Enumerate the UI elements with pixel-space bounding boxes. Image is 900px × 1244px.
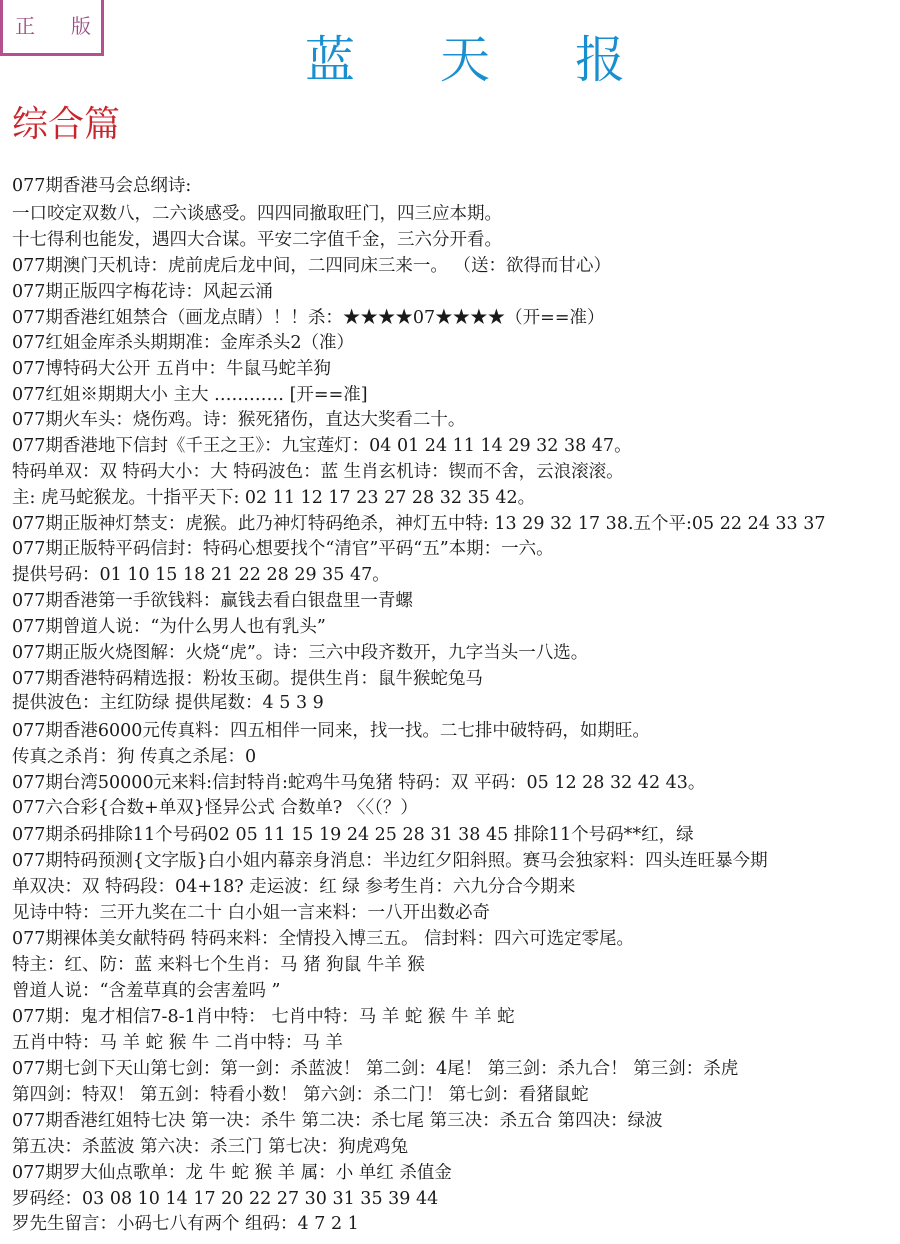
text-line: 077期台湾50000元来料:信封特肖:蛇鸡牛马兔猪 特码：双 平码：05 12… xyxy=(12,772,705,794)
text-line: 第四剑：特双！ 第五剑：特看小数！ 第六剑：杀二门！ 第七剑：看猪鼠蛇 xyxy=(12,1084,589,1106)
text-line: 077期杀码排除11个号码02 05 11 15 19 24 25 28 31 … xyxy=(12,824,694,846)
text-line: 特主：红、防：蓝 来料七个生肖：马 猪 狗鼠 牛羊 猴 xyxy=(12,954,425,976)
text-line: 077期裸体美女献特码 特码来料：全情投入博三五。 信封料：四六可选定零尾。 xyxy=(12,928,634,950)
text-line: 077期罗大仙点歌单：龙 牛 蛇 猴 羊 属：小 单红 杀值金 xyxy=(12,1162,452,1184)
text-line: 077期香港马会总纲诗: xyxy=(12,175,191,197)
text-line: 077期香港地下信封《千王之王》：九宝莲灯：04 01 24 11 14 29 … xyxy=(12,435,632,457)
badge-char-right: 版 xyxy=(71,10,91,39)
title-char-1: 蓝 xyxy=(300,20,360,92)
text-line: 077期澳门天机诗：虎前虎后龙中间，二四同床三来一。 （送：欲得而甘心） xyxy=(12,255,611,277)
text-line: 见诗中特：三开九奖在二十 白小姐一言来料：一八开出数必奇 xyxy=(12,902,490,924)
text-line: 077红姐※期期大小 主大 ………… [开==准] xyxy=(12,384,368,406)
text-line: 罗码经：03 08 10 14 17 20 22 27 30 31 35 39 … xyxy=(12,1188,438,1210)
text-line: 十七得利也能发，遇四大合谋。平安二字值千金，三六分开看。 xyxy=(12,229,502,251)
text-line: 077期香港红姐禁合（画龙点睛）！！杀：★★★★07★★★★（开==准） xyxy=(12,307,605,329)
text-line: 077期正版四字梅花诗：风起云涌 xyxy=(12,281,273,303)
text-line: 曾道人说：“含羞草真的会害羞吗 ” xyxy=(12,980,280,1002)
text-line: 主: 虎马蛇猴龙。十指平天下: 02 11 12 17 23 27 28 32 … xyxy=(12,487,535,509)
text-line: 077期特码预测{文字版}白小姐内幕亲身消息：半边红夕阳斜照。赛马会独家料：四头… xyxy=(12,850,768,872)
text-line: 一口咬定双数八，二六谈感受。四四同撤取旺门，四三应本期。 xyxy=(12,203,502,225)
text-line: 单双决：双 特码段：04+18? 走运波：红 绿 参考生肖：六九分合今期来 xyxy=(12,876,575,898)
text-line: 077期正版火烧图解：火烧“虎”。诗：三六中段齐数开，九字当头一八选。 xyxy=(12,642,588,664)
title-char-2: 天 xyxy=(435,20,495,92)
text-line: 五肖中特：马 羊 蛇 猴 牛 二肖中特：马 羊 xyxy=(12,1032,343,1054)
text-line: 077期正版神灯禁支：虎猴。此乃神灯特码绝杀，神灯五中特: 13 29 32 1… xyxy=(12,513,826,535)
text-line: 077博特码大公开 五肖中：牛鼠马蛇羊狗 xyxy=(12,358,331,380)
text-line: 077期正版特平码信封：特码心想要找个“清官”平码“五”本期：一六。 xyxy=(12,538,554,560)
text-line: 077期香港特码精选报：粉妆玉砌。提供生肖：鼠牛猴蛇兔马 xyxy=(12,668,483,690)
page-title: 蓝 天 报 xyxy=(300,26,630,86)
text-line: 077期香港红姐特七决 第一决：杀牛 第二决：杀七尾 第三决：杀五合 第四决：绿… xyxy=(12,1110,663,1132)
text-line: 提供号码：01 10 15 18 21 22 28 29 35 47。 xyxy=(12,564,390,586)
title-char-3: 报 xyxy=(570,20,630,92)
text-line: 077红姐金库杀头期期准：金库杀头2（准） xyxy=(12,332,354,354)
text-line: 077期火车头：烧伤鸡。诗：猴死猪伤，直达大奖看二十。 xyxy=(12,409,465,431)
text-line: 077六合彩{合数+单双}怪异公式 合数单? 〈〈（？） xyxy=(12,797,418,819)
text-line: 077期香港第一手欲钱料：赢钱去看白银盘里一青螺 xyxy=(12,590,413,612)
text-line: 077期七剑下天山第七剑：第一剑：杀蓝波！ 第二剑：4尾！ 第三剑：杀九合！ 第… xyxy=(12,1058,738,1080)
text-line: 077期香港6000元传真料：四五相伴一同来，找一找。二七排中破特码，如期旺。 xyxy=(12,720,650,742)
text-line: 提供波色：主红防绿 提供尾数：4 5 3 9 xyxy=(12,692,324,714)
text-line: 传真之杀肖：狗 传真之杀尾：0 xyxy=(12,746,256,768)
text-line: 077期曾道人说：“为什么男人也有乳头” xyxy=(12,616,326,638)
badge-char-left: 正 xyxy=(15,10,35,39)
text-line: 罗先生留言：小码七八有两个 组码：4 7 2 1 xyxy=(12,1213,359,1235)
section-title: 综合篇 xyxy=(12,96,120,147)
text-line: 第五决：杀蓝波 第六决：杀三门 第七决：狗虎鸡兔 xyxy=(12,1136,408,1158)
text-line: 特码单双：双 特码大小：大 特码波色：蓝 生肖玄机诗：锲而不舍，云浪滚滚。 xyxy=(12,461,624,483)
text-line: 077期：鬼才相信7-8-1肖中特： 七肖中特：马 羊 蛇 猴 牛 羊 蛇 xyxy=(12,1006,515,1028)
authentic-edition-badge: 正 版 xyxy=(0,0,104,56)
